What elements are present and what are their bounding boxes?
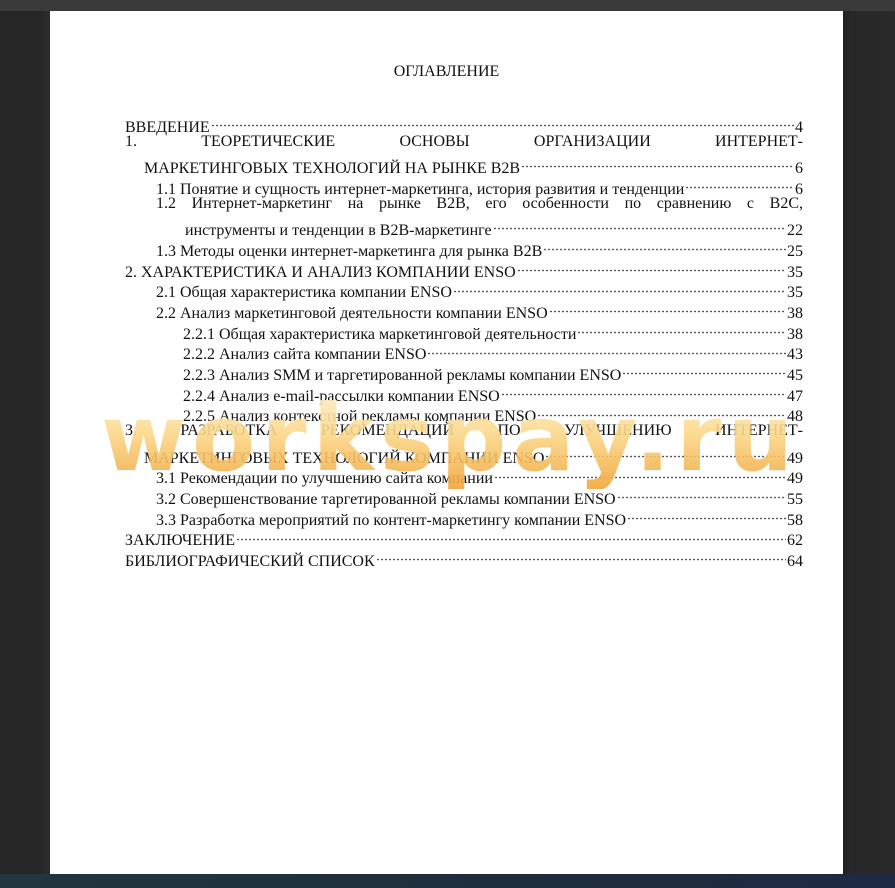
toc-entry[interactable]: 2.1 Общая характеристика компании ENSO35 <box>125 277 803 298</box>
toc-entry-line[interactable]: 1. ТЕОРЕТИЧЕСКИЕ ОСНОВЫ ОРГАНИЗАЦИИ ИНТЕ… <box>125 132 803 153</box>
viewer-background-right <box>843 11 895 874</box>
toc-leader-dots <box>543 235 786 256</box>
toc-leader-dots <box>236 525 786 546</box>
toc-leader-dots <box>376 545 786 566</box>
toc-entry[interactable]: 3.3 Разработка мероприятий по контент-ма… <box>125 504 803 525</box>
toc-leader-dots <box>577 318 786 339</box>
toc-leader-dots <box>627 504 786 525</box>
toc-entry-title: 1.2 Интернет-маркетинг на рынке B2B, его… <box>156 194 803 215</box>
viewer-bottom-bar <box>0 874 895 888</box>
toc-leader-dots <box>211 111 794 132</box>
toc-leader-dots <box>549 297 786 318</box>
toc-leader-dots <box>427 339 786 360</box>
toc-entry[interactable]: 2.2 Анализ маркетинговой деятельности ко… <box>125 297 803 318</box>
toc-entry[interactable]: ВВЕДЕНИЕ4 <box>125 111 803 132</box>
toc-entry-title: 1. ТЕОРЕТИЧЕСКИЕ ОСНОВЫ ОРГАНИЗАЦИИ ИНТЕ… <box>125 132 803 153</box>
toc-entry[interactable]: 1.3 Методы оценки интернет-маркетинга дл… <box>125 235 803 256</box>
watermark: workspay.ru <box>85 389 815 489</box>
toc-entry[interactable]: МАРКЕТИНГОВЫХ ТЕХНОЛОГИЙ НА РЫНКЕ B2B6 <box>125 152 803 173</box>
toc-entry[interactable]: 2.2.2 Анализ сайта компании ENSO43 <box>125 339 803 360</box>
toc-leader-dots <box>453 277 786 298</box>
toc-entry-line[interactable]: 1.2 Интернет-маркетинг на рынке B2B, его… <box>125 194 803 215</box>
page-title: ОГЛАВЛЕНИЕ <box>50 63 843 81</box>
table-of-contents: ВВЕДЕНИЕ41. ТЕОРЕТИЧЕСКИЕ ОСНОВЫ ОРГАНИЗ… <box>125 111 803 566</box>
document-page: ОГЛАВЛЕНИЕ ВВЕДЕНИЕ41. ТЕОРЕТИЧЕСКИЕ ОСН… <box>50 11 843 874</box>
toc-leader-dots <box>521 152 794 173</box>
toc-entry[interactable]: 2.2.3 Анализ SMM и таргетированной рекла… <box>125 359 803 380</box>
toc-entry[interactable]: 1.1 Понятие и сущность интернет-маркетин… <box>125 173 803 194</box>
toc-leader-dots <box>685 173 794 194</box>
toc-entry[interactable]: БИБЛИОГРАФИЧЕСКИЙ СПИСОК64 <box>125 545 803 566</box>
viewer-toolbar <box>0 0 895 11</box>
toc-page-number: 64 <box>787 552 803 573</box>
toc-leader-dots <box>493 214 786 235</box>
toc-entry[interactable]: инструменты и тенденции в B2B-маркетинге… <box>125 214 803 235</box>
toc-entry-title: БИБЛИОГРАФИЧЕСКИЙ СПИСОК <box>125 552 375 573</box>
toc-entry[interactable]: ЗАКЛЮЧЕНИЕ62 <box>125 525 803 546</box>
toc-entry[interactable]: 2. ХАРАКТЕРИСТИКА И АНАЛИЗ КОМПАНИИ ENSO… <box>125 256 803 277</box>
toc-leader-dots <box>517 256 786 277</box>
viewer-background-left <box>0 11 50 874</box>
toc-leader-dots <box>622 359 786 380</box>
toc-entry[interactable]: 2.2.1 Общая характеристика маркетинговой… <box>125 318 803 339</box>
